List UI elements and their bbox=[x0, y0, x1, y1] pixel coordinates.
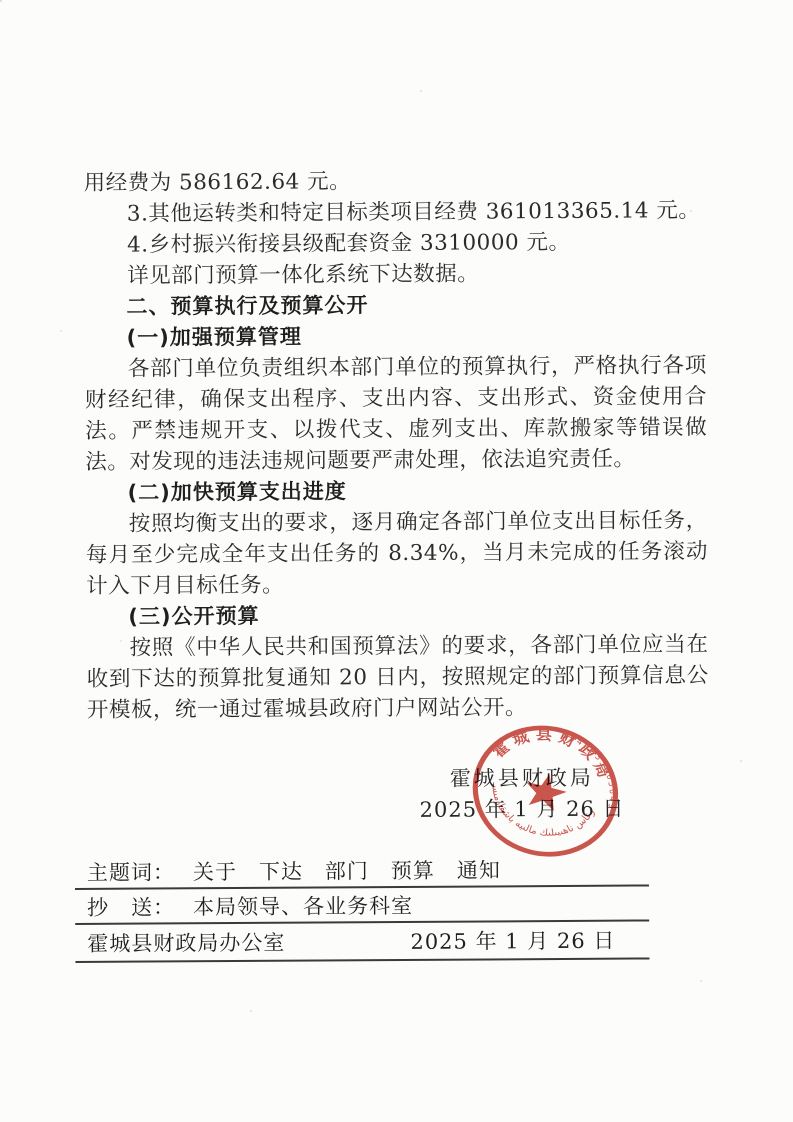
subject-keywords: 关于 下达 部门 预算 通知 bbox=[193, 854, 501, 886]
scanned-document-page: 用经费为 586162.64 元。3.其他运转类和特定目标类项目经费 36101… bbox=[0, 0, 793, 1122]
paragraph: 按照均衡支出的要求，逐月确定各部门单位支出目标任务，每月至少完成全年支出任务的 … bbox=[86, 505, 709, 602]
subject-row: 主题词： 关于 下达 部门 预算 通知 bbox=[75, 851, 649, 890]
paragraph: (一)加强预算管理 bbox=[85, 319, 707, 354]
document-body: 用经费为 586162.64 元。3.其他运转类和特定目标类项目经费 36101… bbox=[84, 164, 709, 726]
seal-org-text: 霍城县财政局 bbox=[486, 713, 624, 788]
star-icon bbox=[521, 769, 570, 813]
issuer-office: 霍城县财政局办公室 bbox=[87, 927, 285, 958]
cc-label: 抄 送： bbox=[87, 891, 175, 922]
paragraph: 详见部门预算一体化系统下达数据。 bbox=[84, 257, 706, 292]
subject-label: 主题词： bbox=[87, 856, 175, 887]
paragraph: 二、预算执行及预算公开 bbox=[84, 288, 706, 323]
print-date: 2025 年 1 月 26 日 bbox=[410, 925, 615, 956]
paragraph: (三)公开预算 bbox=[86, 598, 708, 633]
cc-row: 抄 送： 本局领导、各业务科室 bbox=[75, 886, 649, 925]
footer-table: 主题词： 关于 下达 部门 预算 通知 抄 送： 本局领导、各业务科室 霍城县财… bbox=[75, 851, 650, 963]
cc-value: 本局领导、各业务科室 bbox=[193, 889, 413, 920]
paragraph: 按照《中华人民共和国预算法》的要求，各部门单位应当在收到下达的预算批复通知 20… bbox=[86, 629, 709, 726]
paragraph: 4.乡村振兴衔接县级配套资金 3310000 元。 bbox=[84, 226, 706, 261]
paragraph: 各部门单位负责组织本部门单位的预算执行，严格执行各项财经纪律，确保支出程序、支出… bbox=[85, 350, 708, 478]
paragraph: 3.其他运转类和特定目标类项目经费 361013365.14 元。 bbox=[84, 195, 706, 230]
paragraph: 用经费为 586162.64 元。 bbox=[84, 164, 706, 199]
paragraph: (二)加快预算支出进度 bbox=[85, 474, 707, 509]
issuer-row: 霍城县财政局办公室 2025 年 1 月 26 日 bbox=[75, 921, 649, 963]
document-content: 用经费为 586162.64 元。3.其他运转类和特定目标类项目经费 36101… bbox=[0, 0, 793, 1122]
